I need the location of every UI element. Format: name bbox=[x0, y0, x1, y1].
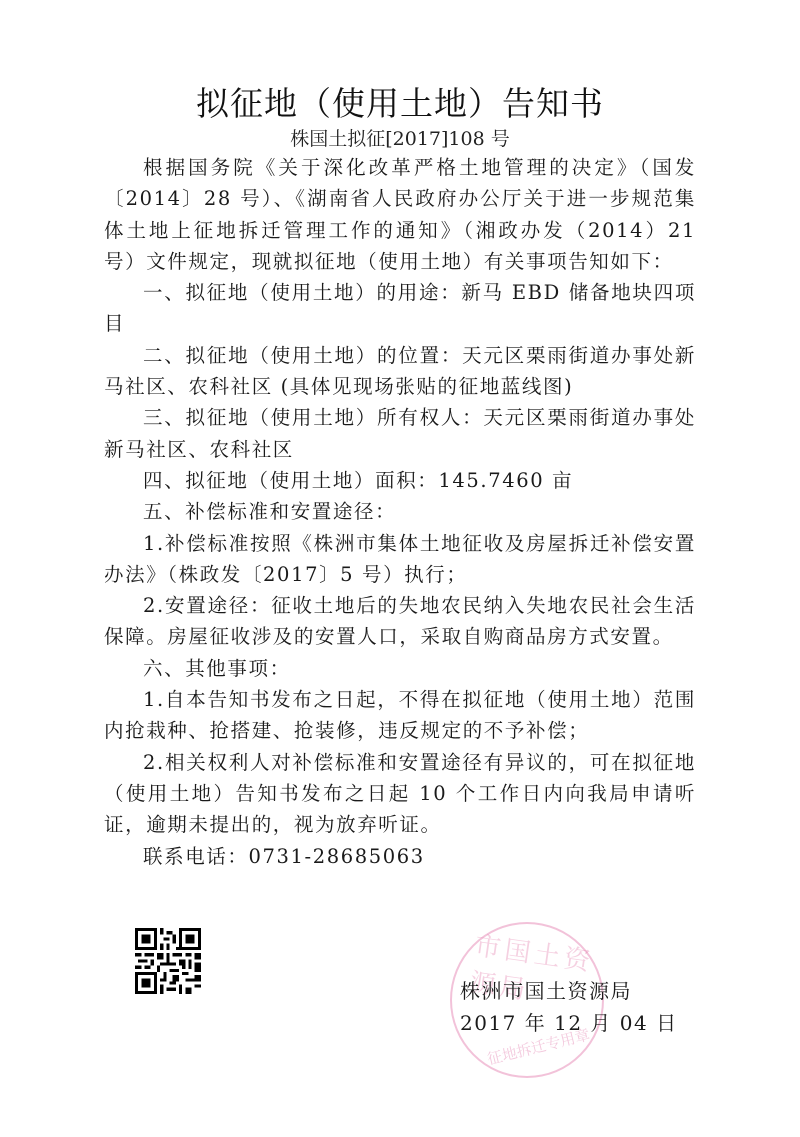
item-other-heading: 六、其他事项： bbox=[104, 653, 696, 684]
resettlement-method: 2.安置途径：征收土地后的失地农民纳入失地农民社会生活保障。房屋征收涉及的安置人… bbox=[104, 590, 696, 653]
qr-code-icon[interactable] bbox=[135, 928, 201, 994]
document-title: 拟征地（使用土地）告知书 bbox=[0, 78, 800, 125]
issuer-name: 株洲市国土资源局 bbox=[460, 975, 678, 1007]
signature-block: 株洲市国土资源局 2017 年 12 月 04 日 bbox=[460, 975, 678, 1039]
item-area: 四、拟征地（使用土地）面积：145.7460 亩 bbox=[104, 465, 696, 496]
item-location: 二、拟征地（使用土地）的位置：天元区栗雨街道办事处新马社区、农科社区 (具体见现… bbox=[104, 340, 696, 403]
contact-phone: 联系电话：0731-28685063 bbox=[104, 841, 696, 872]
item-compensation-heading: 五、补偿标准和安置途径： bbox=[104, 496, 696, 527]
compensation-standard: 1.补偿标准按照《株洲市集体土地征收及房屋拆迁补偿安置办法》（株政发〔2017〕… bbox=[104, 528, 696, 591]
other-item-1: 1.自本告知书发布之日起，不得在拟征地（使用土地）范围内抢栽种、抢搭建、抢装修，… bbox=[104, 684, 696, 747]
document-body: 根据国务院《关于深化改革严格土地管理的决定》（国发〔2014〕28 号）、《湖南… bbox=[104, 152, 696, 872]
document-number: 株国土拟征[2017]108 号 bbox=[0, 124, 800, 151]
issue-date: 2017 年 12 月 04 日 bbox=[460, 1007, 678, 1039]
item-owner: 三、拟征地（使用土地）所有权人：天元区栗雨街道办事处新马社区、农科社区 bbox=[104, 402, 696, 465]
other-item-2: 2.相关权利人对补偿标准和安置途径有异议的，可在拟征地（使用土地）告知书发布之日… bbox=[104, 747, 696, 841]
item-purpose: 一、拟征地（使用土地）的用途：新马 EBD 储备地块四项目 bbox=[104, 277, 696, 340]
intro-paragraph: 根据国务院《关于深化改革严格土地管理的决定》（国发〔2014〕28 号）、《湖南… bbox=[104, 152, 696, 277]
